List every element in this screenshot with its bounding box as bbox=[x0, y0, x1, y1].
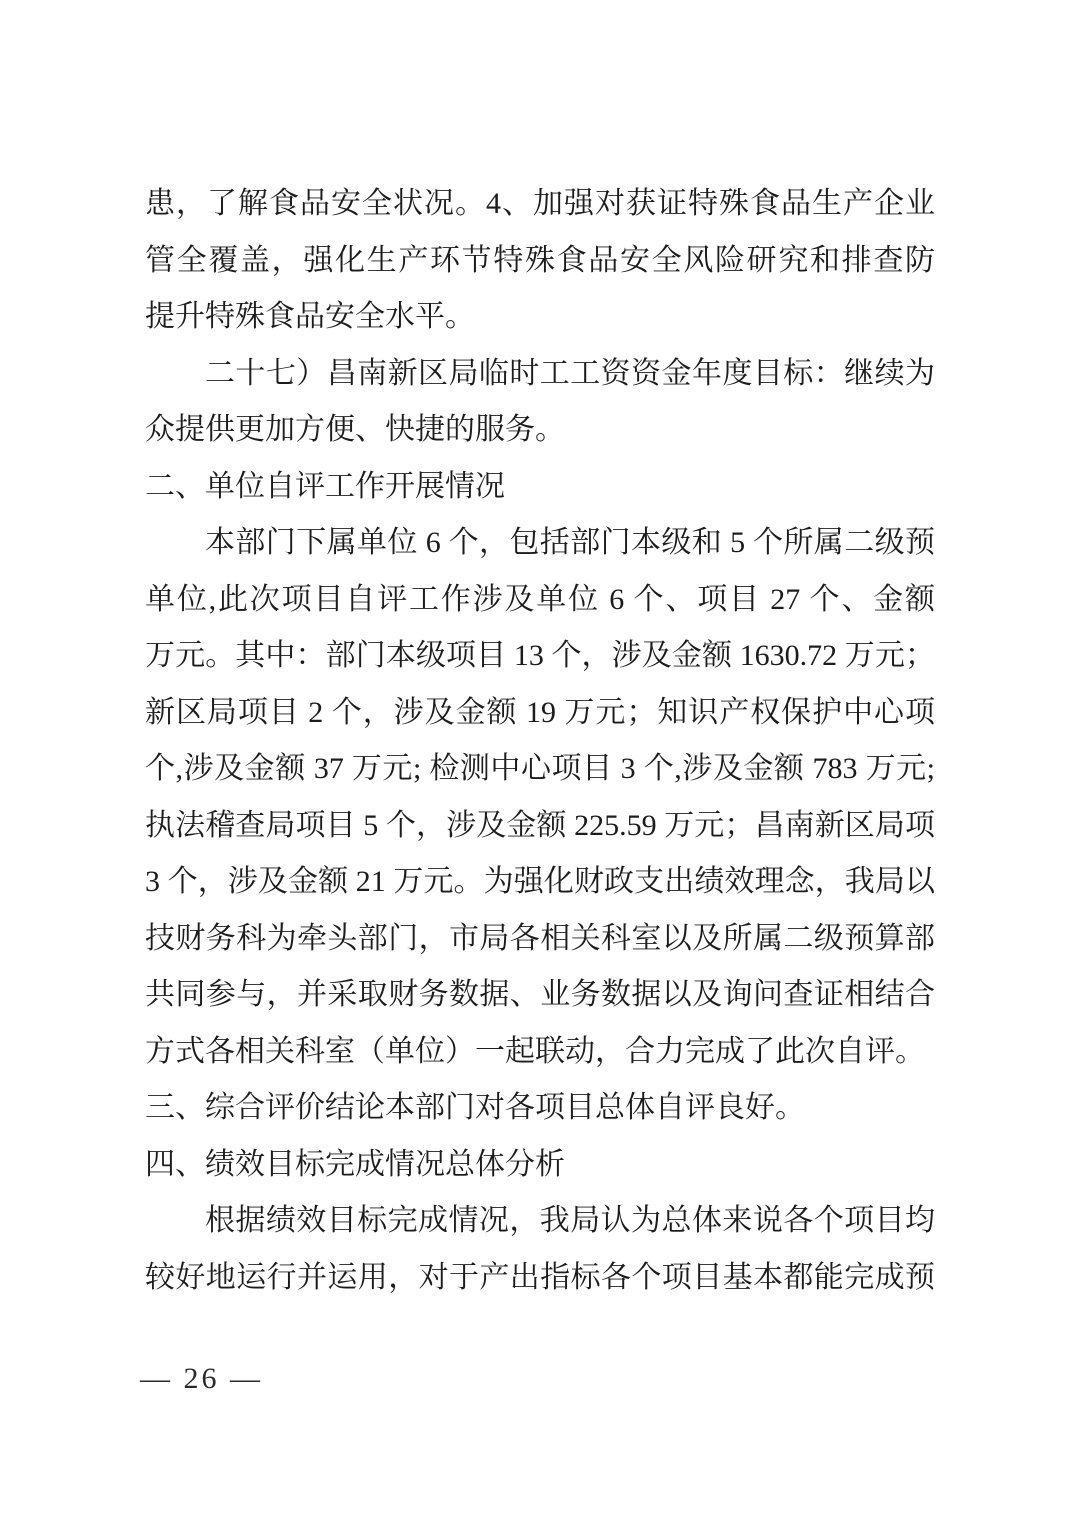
section-heading-4: 四、绩效目标完成情况总体分析 bbox=[145, 1137, 935, 1194]
text-line: 众提供更加方便、快捷的服务。 bbox=[145, 402, 935, 459]
text-line: 方式各相关科室（单位）一起联动，合力完成了此次自评。 bbox=[145, 1024, 935, 1081]
text-line: 技财务科为牵头部门，市局各相关科室以及所属二级预算部门 bbox=[145, 911, 935, 968]
document-body-text: 患，了解食品安全状况。4、加强对获证特殊食品生产企业的监 管全覆盖，强化生产环节… bbox=[145, 176, 935, 1306]
text-line: 万元。其中：部门本级项目 13 个，涉及金额 1630.72 万元；高 bbox=[145, 628, 935, 685]
text-line: 根据绩效目标完成情况，我局认为总体来说各个项目均能 bbox=[145, 1193, 935, 1250]
section-heading-3: 三、综合评价结论本部门对各项目总体自评良好。 bbox=[145, 1080, 935, 1137]
page-number-footer: — 26 — bbox=[140, 1362, 263, 1396]
text-line: 共同参与，并采取财务数据、业务数据以及询问查证相结合的 bbox=[145, 967, 935, 1024]
text-line: 本部门下属单位 6 个，包括部门本级和 5 个所属二级预算 bbox=[145, 515, 935, 572]
text-line: 管全覆盖，强化生产环节特殊食品安全风险研究和排查防控， bbox=[145, 233, 935, 290]
section-heading-2: 二、单位自评工作开展情况 bbox=[145, 459, 935, 516]
document-page: 患，了解食品安全状况。4、加强对获证特殊食品生产企业的监 管全覆盖，强化生产环节… bbox=[0, 0, 1074, 1520]
text-line: 较好地运行并运用，对于产出指标各个项目基本都能完成预期 bbox=[145, 1250, 935, 1307]
text-line: 患，了解食品安全状况。4、加强对获证特殊食品生产企业的监 bbox=[145, 176, 935, 233]
text-line: 3 个，涉及金额 21 万元。为强化财政支出绩效理念，我局以科 bbox=[145, 854, 935, 911]
text-line: 二十七）昌南新区局临时工工资资金年度目标：继续为公 bbox=[145, 346, 935, 403]
text-line: 提升特殊食品安全水平。 bbox=[145, 289, 935, 346]
text-line: 单位,此次项目自评工作涉及单位 6 个、项目 27 个、金额 2716.31 bbox=[145, 572, 935, 629]
text-line: 执法稽查局项目 5 个，涉及金额 225.59 万元；昌南新区局项目 bbox=[145, 798, 935, 855]
text-line: 新区局项目 2 个，涉及金额 19 万元；知识产权保护中心项目 1 bbox=[145, 685, 935, 742]
text-line: 个,涉及金额 37 万元; 检测中心项目 3 个,涉及金额 783 万元; bbox=[145, 741, 935, 798]
